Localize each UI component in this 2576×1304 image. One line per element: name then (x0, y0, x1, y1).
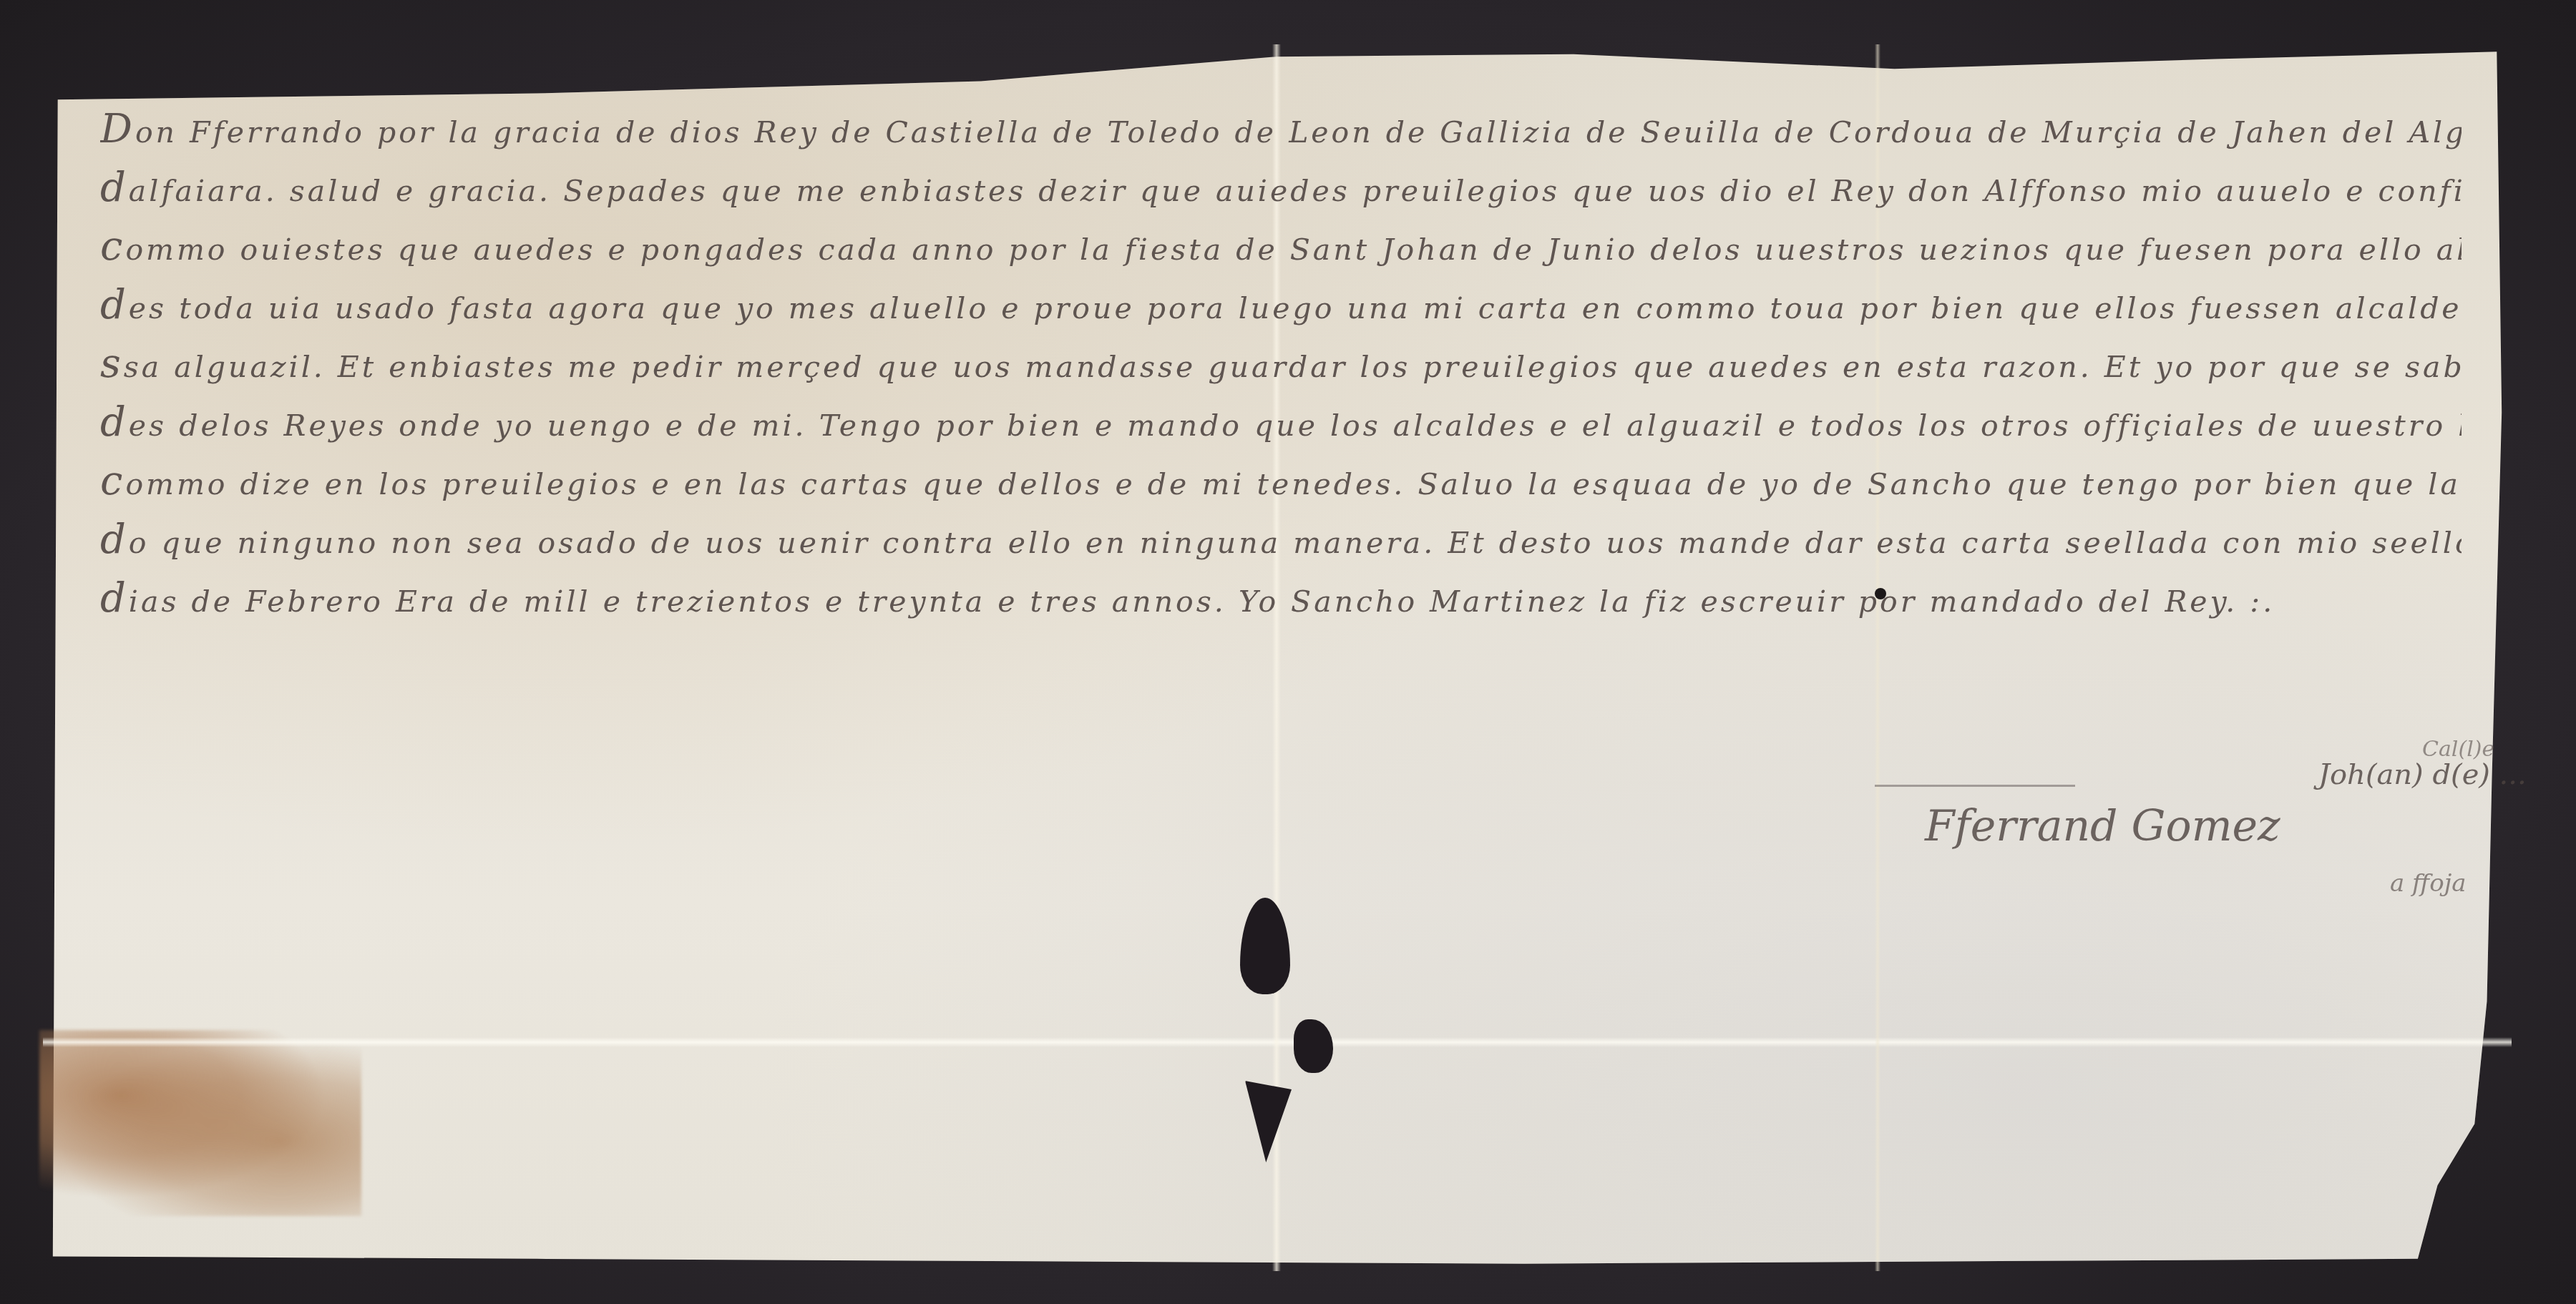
signature-rule (1875, 785, 2075, 787)
signature-main: Fferrand Gomez (1925, 801, 2280, 851)
water-stain (39, 1030, 361, 1216)
text-line: Don Fferrando por la gracia de dios Rey … (100, 100, 2462, 159)
marginal-note-bottom: a ffoja (2390, 869, 2466, 898)
text-line: commo dize en los preuilegios e en las c… (100, 452, 2462, 511)
charter-text: Don Fferrando por la gracia de dios Rey … (100, 100, 2462, 628)
marginal-note-top: Cal(l)e (2422, 737, 2494, 762)
text-line: commo ouiestes que auedes e pongades cad… (100, 217, 2462, 276)
text-line: des delos Reyes onde yo uengo e de mi. T… (100, 393, 2462, 452)
signature-right: Joh(an) d(e) ... (2318, 758, 2527, 791)
text-line: ssa alguazil. Et enbiastes me pedir merç… (100, 335, 2462, 393)
text-line: des toda uia usado fasta agora que yo me… (100, 276, 2462, 335)
text-line: dalfaiara. salud e gracia. Sepades que m… (100, 159, 2462, 217)
text-line: do que ninguno non sea osado de uos ueni… (100, 511, 2462, 569)
text-line: dias de Febrero Era de mill e trezientos… (100, 569, 2462, 628)
